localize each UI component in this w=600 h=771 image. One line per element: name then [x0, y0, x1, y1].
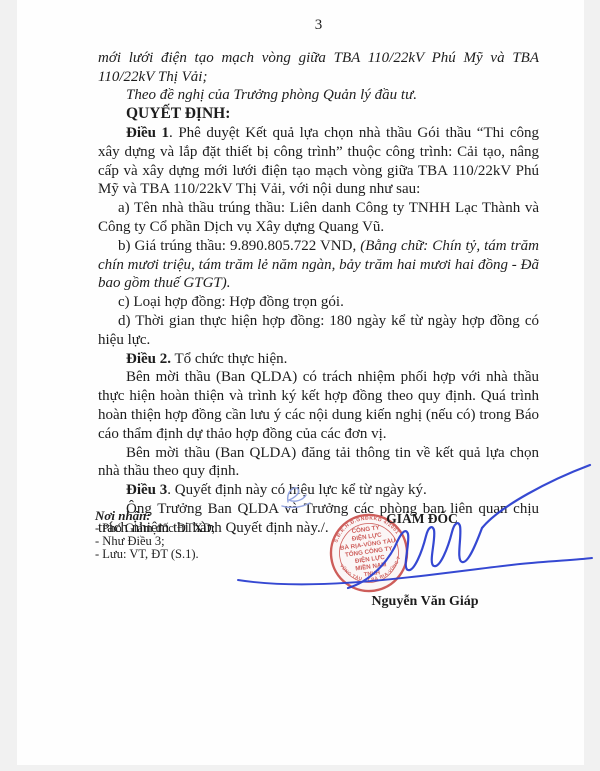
- article-1-item-b: b) Giá trúng thầu: 9.890.805.722 VND, (B…: [98, 237, 539, 293]
- proposal-line: Theo đề nghị của Trưởng phòng Quản lý đầ…: [98, 86, 539, 105]
- carryover-paragraph: mới lưới điện tạo mạch vòng giữa TBA 110…: [98, 49, 539, 87]
- article-3-label: Điều 3: [126, 482, 167, 498]
- article-1-paragraph: Điều 1. Phê duyệt Kết quả lựa chọn nhà t…: [98, 124, 539, 199]
- article-1-item-d: d) Thời gian thực hiện hợp đồng: 180 ngà…: [98, 312, 539, 350]
- article-2-title: Tổ chức thực hiện.: [171, 351, 287, 367]
- recipient-item: - Lưu: VT, ĐT (S.1).: [95, 548, 215, 561]
- article-2-paragraph-1: Bên mời thầu (Ban QLDA) có trách nhiệm p…: [98, 368, 539, 443]
- article-1-item-a: a) Tên nhà thầu trúng thầu: Liên danh Cô…: [98, 199, 539, 237]
- director-signature-icon: [230, 452, 595, 594]
- article-2-label: Điều 2.: [126, 351, 171, 367]
- article-1-label: Điều 1: [126, 125, 169, 141]
- item-b-lead: b) Giá trúng thầu: 9.890.805.722 VND,: [118, 238, 360, 254]
- decision-heading: QUYẾT ĐỊNH:: [98, 105, 539, 124]
- document-page: 3 mới lưới điện tạo mạch vòng giữa TBA 1…: [17, 0, 584, 765]
- document-canvas: 3 mới lưới điện tạo mạch vòng giữa TBA 1…: [0, 0, 600, 771]
- director-signature: [230, 452, 595, 594]
- signer-name: Nguyễn Văn Giáp: [345, 594, 505, 610]
- recipients-block: Nơi nhận: - Phó Giám đốc ĐTXD; - Như Điề…: [95, 509, 215, 561]
- article-1-item-c: c) Loại hợp đồng: Hợp đồng trọn gói.: [98, 293, 539, 312]
- page-number: 3: [98, 16, 539, 35]
- article-2-heading: Điều 2. Tổ chức thực hiện.: [98, 350, 539, 369]
